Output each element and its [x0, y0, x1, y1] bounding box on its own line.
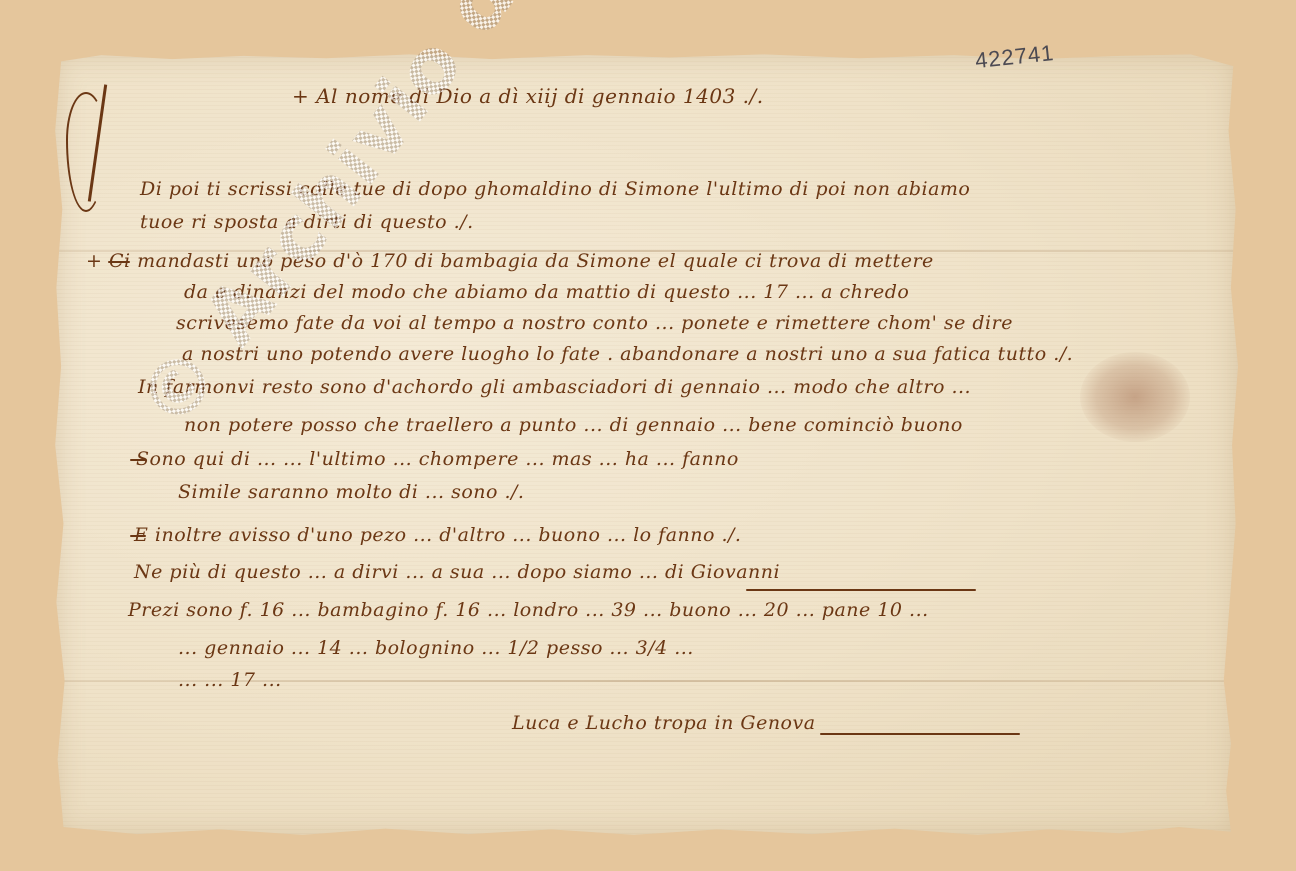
- signature: Luca e Lucho tropa in Genova: [512, 712, 816, 734]
- paragraph-mark: [130, 459, 146, 461]
- manuscript-line: a nostri uno potendo avere luogho lo fat…: [182, 343, 1073, 365]
- manuscript-line: scrivesemo fate da voi al tempo a nostro…: [176, 312, 1013, 334]
- manuscript-line: + Ci mandasti uno peso d'ò 170 di bambag…: [86, 250, 934, 272]
- manuscript-line: E inoltre avisso d'uno pezo ... d'altro …: [134, 524, 741, 546]
- manuscript-line: ... ... 17 ...: [178, 669, 282, 691]
- manuscript-line: Simile saranno molto di ... sono ./.: [178, 481, 524, 503]
- manuscript-line: da e dinanzi del modo che abiamo da matt…: [184, 281, 909, 303]
- manuscript-line: Sono qui di ... ... l'ultimo ... chomper…: [136, 448, 739, 470]
- manuscript-line: ... gennaio ... 14 ... bolognino ... 1/2…: [178, 637, 694, 659]
- manuscript-line: non potere posso che traellero a punto .…: [184, 414, 963, 436]
- line-filler-stroke: [746, 589, 976, 591]
- paragraph-mark: [130, 535, 146, 537]
- signature-underline: [820, 733, 1020, 735]
- document-viewer: 422741 + Al nome di Dio a dì xiij di gen…: [0, 0, 1296, 871]
- manuscript-line: Ne più di questo ... a dirvi ... a sua .…: [134, 561, 780, 583]
- manuscript-line: Di poi ti scrissi colle tue di dopo ghom…: [140, 178, 970, 200]
- manuscript-line: In farmonvi resto sono d'achordo gli amb…: [138, 376, 971, 398]
- paragraph-mark: [108, 261, 130, 263]
- letter-heading: + Al nome di Dio a dì xiij di gennaio 14…: [292, 84, 764, 108]
- manuscript-line: tuoe ri sposta a dirti di questo ./.: [140, 211, 474, 233]
- ink-stain: [1080, 352, 1190, 442]
- manuscript-line: Prezi sono f. 16 ... bambagino f. 16 ...…: [128, 599, 929, 621]
